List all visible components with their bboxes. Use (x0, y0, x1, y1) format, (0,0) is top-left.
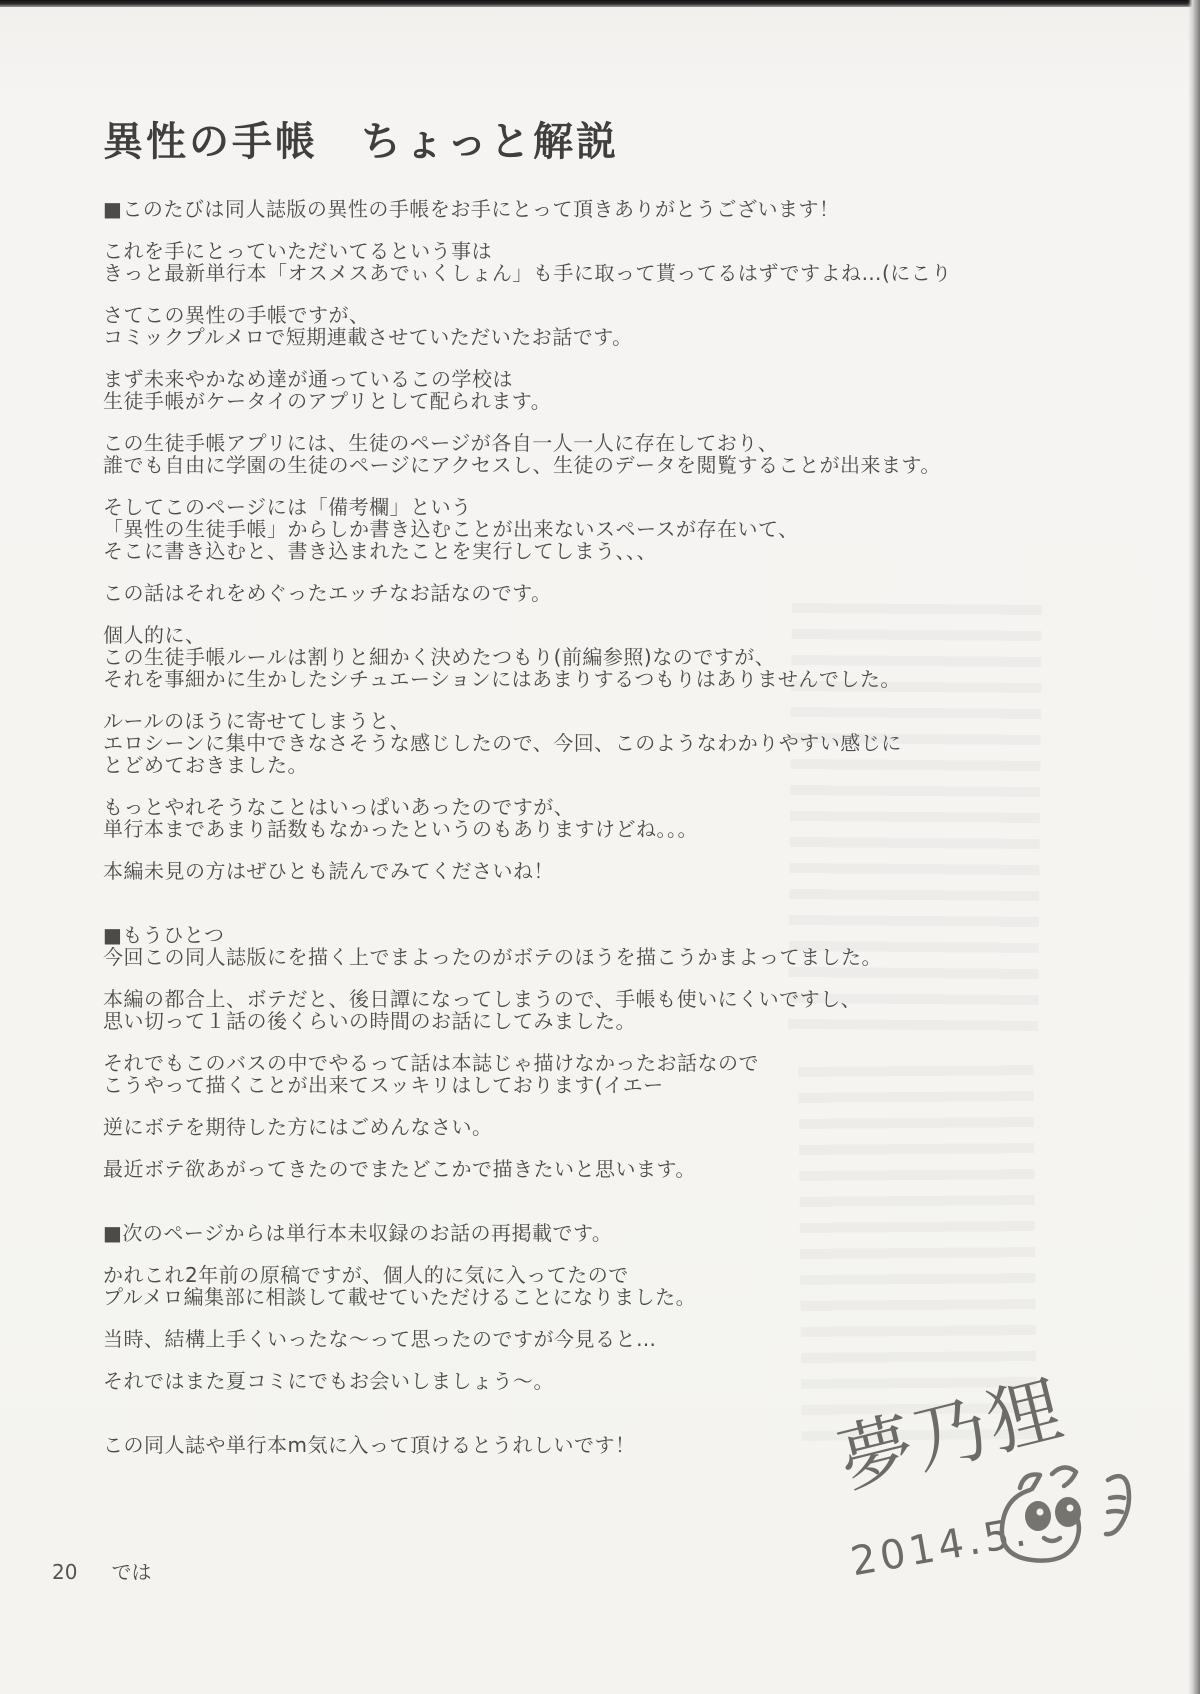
page-body: 異性の手帳 ちょっと解説 ■このたびは同人誌版の異性の手帳をお手にとって頂きあり… (103, 120, 993, 1476)
text-section: ■次のページからは単行本未収録のお話の再掲載です。かれこれ2年前の原稿ですが、個… (103, 1222, 993, 1392)
paragraph: それでもこのバスの中でやるって話は本誌じゃ描けなかったお話なので こうやって描く… (103, 1052, 993, 1096)
tanuki-doodle-icon (986, 1450, 1144, 1580)
scan-right-page-edge (1188, 0, 1200, 1694)
footer-text: では (111, 1556, 151, 1585)
paragraph: 逆にボテを期待した方にはごめんなさい。 (103, 1116, 993, 1138)
scanned-afterword-page: 異性の手帳 ちょっと解説 ■このたびは同人誌版の異性の手帳をお手にとって頂きあり… (0, 0, 1200, 1694)
body-text: ■このたびは同人誌版の異性の手帳をお手にとって頂きありがとうございます！これを手… (103, 198, 993, 1456)
text-section: ■もうひとつ 今回この同人誌版にを描く上でまよったのがボテのほうを描こうかまよっ… (103, 924, 993, 1180)
paragraph: ■次のページからは単行本未収録のお話の再掲載です。 (103, 1222, 993, 1244)
paragraph: この話はそれをめぐったエッチなお話なのです。 (103, 582, 993, 604)
paragraph: 本編の都合上、ボテだと、後日譚になってしまうので、手帳も使いにくいですし、 思い… (103, 988, 993, 1032)
paragraph: 本編未見の方はぜひとも読んでみてくださいね！ (103, 860, 993, 882)
page-number: 20 (52, 1560, 77, 1584)
paragraph: 当時、結構上手くいったな～って思ったのですが今見ると… (103, 1328, 993, 1350)
page-footer: 20 では (52, 1556, 151, 1585)
paragraph: それではまた夏コミにでもお会いしましょう～。 (103, 1370, 993, 1392)
paragraph: ルールのほうに寄せてしまうと、 エロシーンに集中できなさそうな感じしたので、今回… (103, 710, 993, 776)
paragraph: まず未来やかなめ達が通っているこの学校は 生徒手帳がケータイのアプリとして配られ… (103, 368, 993, 412)
paragraph: 個人的に、 この生徒手帳ルールは割りと細かく決めたつもり(前編参照)なのですが、… (103, 624, 993, 690)
paragraph: そしてこのページには「備考欄」という 「異性の生徒手帳」からしか書き込むことが出… (103, 496, 993, 562)
paragraph: さてこの異性の手帳ですが、 コミックプルメロで短期連載させていただいたお話です。 (103, 304, 993, 348)
text-section: ■このたびは同人誌版の異性の手帳をお手にとって頂きありがとうございます！これを手… (103, 198, 993, 882)
paragraph: この生徒手帳アプリには、生徒のページが各自一人一人に存在しており、 誰でも自由に… (103, 432, 993, 476)
page-title: 異性の手帳 ちょっと解説 (103, 120, 993, 164)
paragraph: これを手にとっていただいてるという事は きっと最新単行本「オスメスあでぃくしょん… (103, 240, 993, 284)
paragraph: ■もうひとつ 今回この同人誌版にを描く上でまよったのがボテのほうを描こうかまよっ… (103, 924, 993, 968)
paragraph: もっとやれそうなことはいっぱいあったのですが、 単行本まであまり話数もなかったと… (103, 796, 993, 840)
paragraph: かれこれ2年前の原稿ですが、個人的に気に入ってたので プルメロ編集部に相談して載… (103, 1264, 993, 1308)
paragraph: ■このたびは同人誌版の異性の手帳をお手にとって頂きありがとうございます！ (103, 198, 993, 220)
paragraph: 最近ボテ欲あがってきたのでまたどこかで描きたいと思います。 (103, 1158, 993, 1180)
scan-top-edge (0, 0, 1200, 7)
